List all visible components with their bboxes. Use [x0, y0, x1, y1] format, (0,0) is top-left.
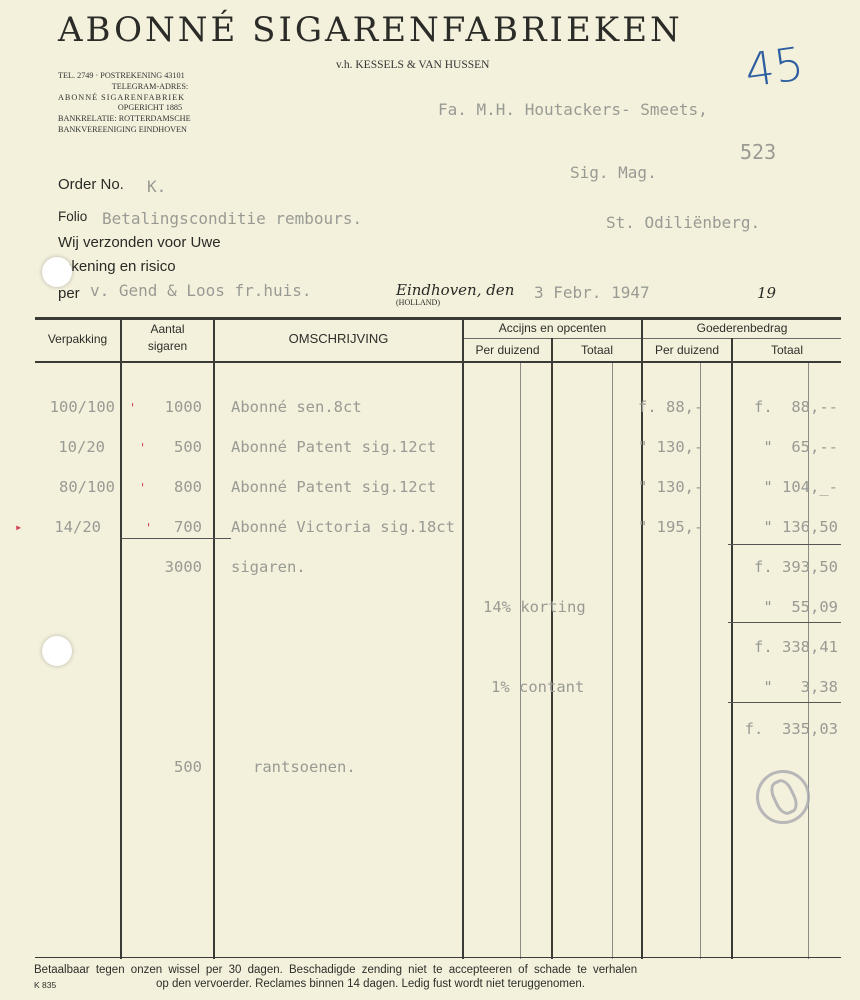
shipped-label-2: rekening en risico — [58, 258, 176, 275]
handwritten-number: 45 — [742, 36, 807, 98]
row-omschrijving: Abonné Patent sig.12ct — [231, 438, 436, 456]
row-totaal: " 104,_- — [715, 478, 838, 496]
per-label: per — [58, 285, 80, 302]
row-per-duizend: " 130,- — [638, 478, 703, 496]
col-divider — [462, 319, 464, 959]
cents-divider — [612, 363, 613, 959]
header-bottom-rule — [35, 361, 841, 363]
place-country: (HOLLAND) — [396, 298, 440, 307]
row-totaal: " 65,-- — [715, 438, 838, 456]
footer-line-2: op den vervoerder. Reclames binnen 14 da… — [156, 977, 585, 991]
carrier-value: v. Gend & Loos fr.huis. — [90, 281, 312, 300]
rations-count: 500 — [130, 758, 202, 776]
header-goederen-per-duizend: Per duizend — [643, 343, 731, 357]
shipped-label-1: Wij verzonden voor Uwe — [58, 234, 221, 251]
row-verpakking: 14/20 — [27, 518, 101, 536]
company-subtitle: v.h. KESSELS & VAN HUSSEN — [336, 59, 489, 71]
row-per-duizend: " 195,- — [638, 518, 703, 536]
contact-line: OPGERICHT 1885 — [58, 103, 242, 114]
addressee-line2: Sig. Mag. — [570, 163, 657, 182]
rations-label: rantsoenen. — [253, 758, 356, 776]
round-stamp — [756, 770, 810, 824]
row-omschrijving: Abonné sen.8ct — [231, 398, 362, 416]
sum-underline — [728, 544, 841, 545]
header-accijns-per-duizend: Per duizend — [464, 343, 551, 357]
addressee-name: Fa. M.H. Houtackers- Smeets, — [438, 100, 708, 119]
row-verpakking: 80/100 — [27, 478, 115, 496]
company-name: ABONNÉ SIGARENFABRIEKEN — [58, 10, 683, 50]
place-label: Eindhoven, den — [396, 281, 514, 299]
row-tick: ▸ — [15, 517, 22, 535]
col-divider — [213, 319, 215, 959]
header-omschrijving: OMSCHRIJVING — [215, 331, 462, 346]
table-top-rule — [35, 317, 841, 320]
row-per-duizend: " 130,- — [638, 438, 703, 456]
addressee-number: 523 — [740, 140, 776, 164]
cash-underline — [728, 702, 841, 703]
row-aantal: 800 — [130, 478, 202, 496]
cash-discount-value: " 3,38 — [715, 678, 838, 696]
cash-discount-label: 1% contant — [491, 678, 584, 696]
folio-value: Betalingsconditie rembours. — [102, 209, 362, 228]
header-aantal-1: Aantal — [122, 322, 213, 336]
grand-total: f. 335,03 — [715, 720, 838, 738]
count-underline — [121, 538, 231, 539]
col-divider — [551, 338, 553, 959]
order-no-value: K. — [147, 177, 166, 196]
form-code: K 835 — [34, 978, 56, 992]
row-per-duizend: f. 88,- — [638, 398, 703, 416]
total-count: 3000 — [130, 558, 202, 576]
subheader-rule — [463, 338, 841, 339]
year-prefix: 19 — [757, 284, 776, 302]
header-accijns: Accijns en opcenten — [464, 321, 641, 335]
contact-line: TELEGRAM-ADRES: — [58, 82, 242, 93]
contact-line: BANKRELATIE: ROTTERDAMSCHE — [58, 114, 242, 125]
invoice-table: Verpakking Aantal sigaren OMSCHRIJVING A… — [35, 315, 843, 960]
row-aantal: 700 — [130, 518, 202, 536]
punch-hole — [42, 257, 72, 287]
after-discount: f. 338,41 — [715, 638, 838, 656]
footer-terms: Betaalbaar tegen onzen wissel per 30 dag… — [34, 963, 637, 991]
discount-underline — [728, 622, 841, 623]
footer-line-1: Betaalbaar tegen onzen wissel per 30 dag… — [34, 963, 637, 977]
contact-line: ABONNÉ SIGARENFABRIEK — [58, 93, 242, 104]
row-omschrijving: Abonné Patent sig.12ct — [231, 478, 436, 496]
table-bottom — [35, 957, 841, 958]
header-goederen-totaal: Totaal — [733, 343, 841, 357]
order-no-label: Order No. — [58, 176, 124, 193]
header-accijns-totaal: Totaal — [553, 343, 641, 357]
header-aantal-2: sigaren — [122, 339, 213, 353]
row-aantal: 1000 — [130, 398, 202, 416]
total-label: sigaren. — [231, 558, 306, 576]
row-aantal: 500 — [130, 438, 202, 456]
contact-line: BANKVEREENIGING EINDHOVEN — [58, 125, 242, 136]
subtotal: f. 393,50 — [715, 558, 838, 576]
row-totaal: " 136,50 — [715, 518, 838, 536]
row-verpakking: 100/100 — [27, 398, 115, 416]
col-divider — [120, 319, 122, 959]
header-verpakking: Verpakking — [35, 332, 120, 346]
cents-divider — [520, 363, 521, 959]
date-value: 3 Febr. 1947 — [534, 283, 650, 302]
discount-value: " 55,09 — [715, 598, 838, 616]
row-omschrijving: Abonné Victoria sig.18ct — [231, 518, 455, 536]
discount-label: 14% korting — [483, 598, 586, 616]
contact-line: TEL. 2749 · POSTREKENING 43101 — [58, 71, 242, 82]
row-verpakking: 10/20 — [27, 438, 105, 456]
row-totaal: f. 88,-- — [715, 398, 838, 416]
folio-label: Folio — [58, 209, 87, 224]
header-goederen: Goederenbedrag — [643, 321, 841, 335]
contact-block: TEL. 2749 · POSTREKENING 43101 TELEGRAM-… — [58, 71, 242, 136]
addressee-city: St. Odiliënberg. — [606, 213, 760, 232]
